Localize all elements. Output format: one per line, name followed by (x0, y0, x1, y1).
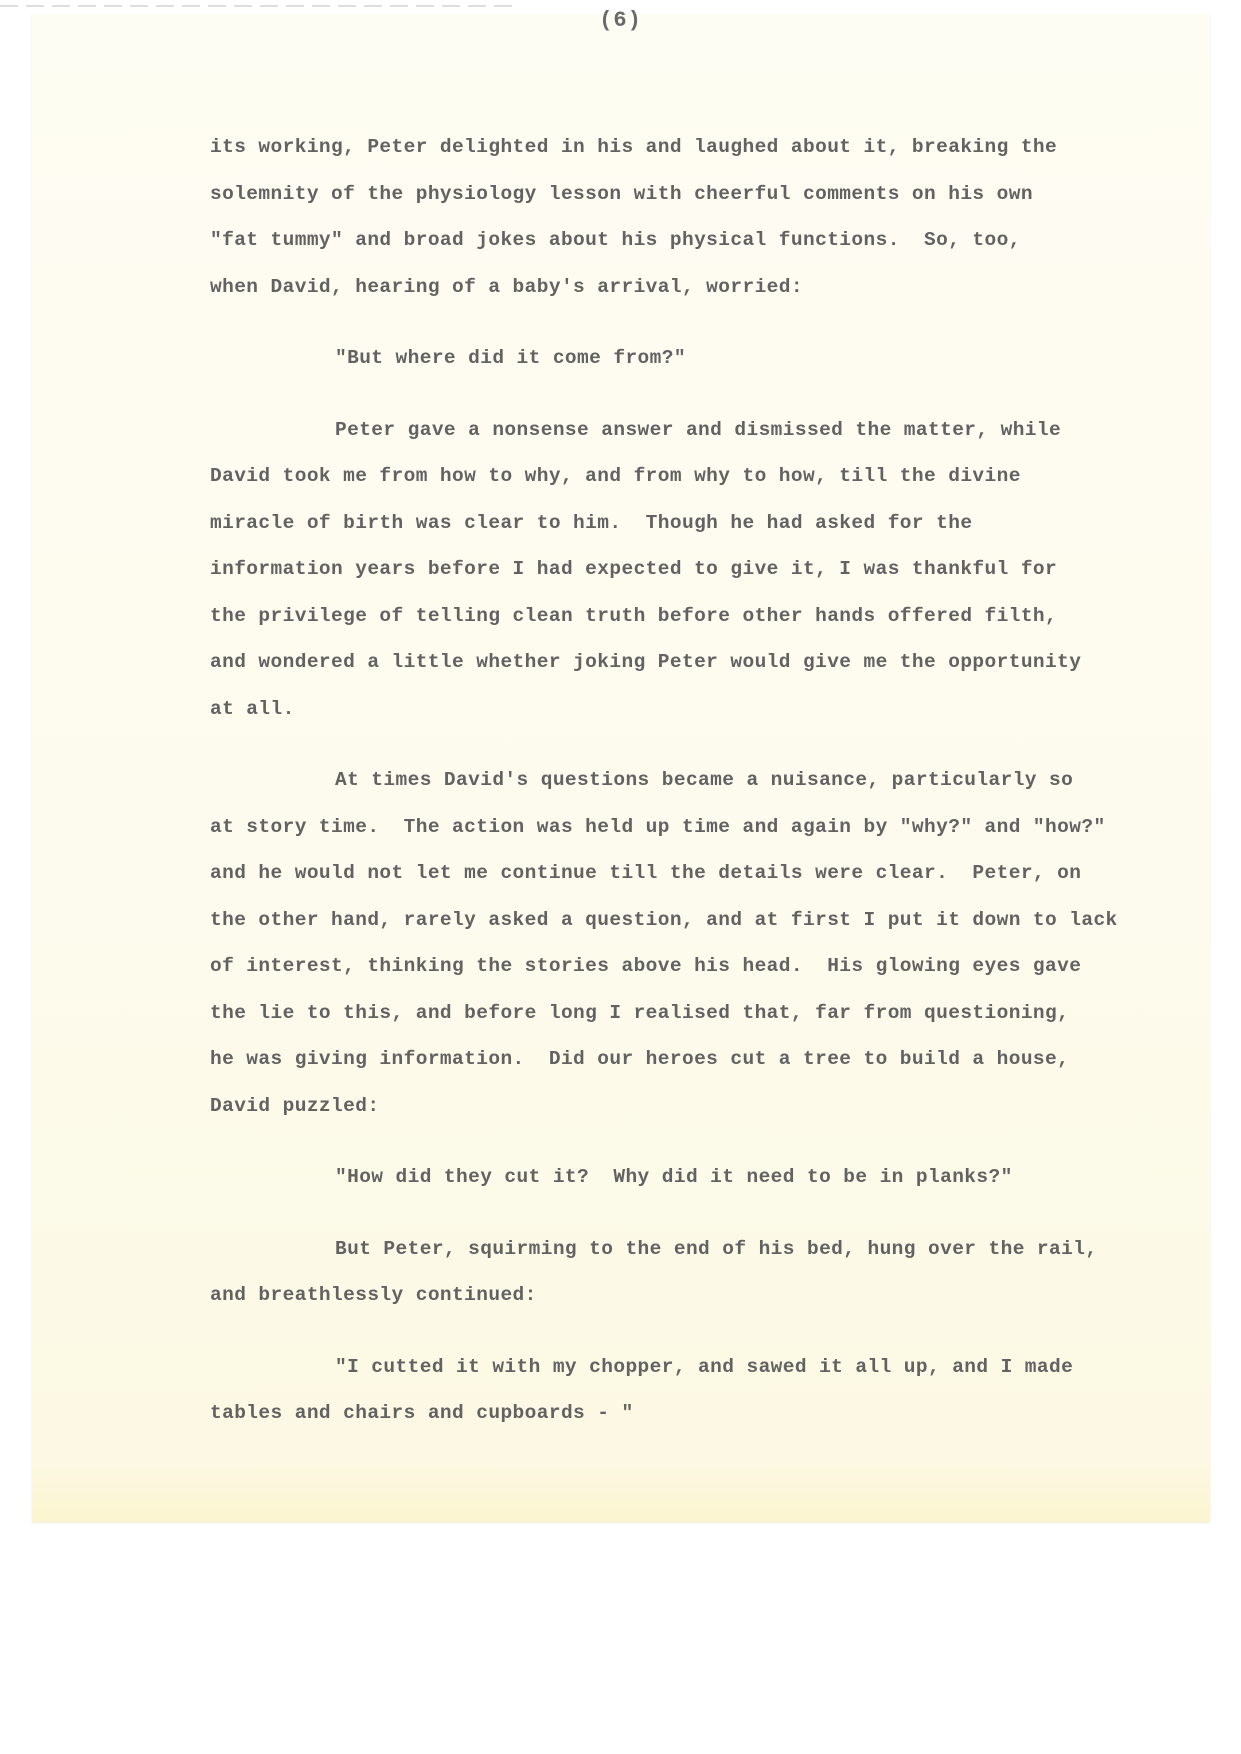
text-line: at story time. The action was held up ti… (210, 804, 1170, 851)
text-line: and he would not let me continue till th… (210, 850, 1170, 897)
paragraph-gap (210, 1319, 1170, 1344)
text-line: the privilege of telling clean truth bef… (210, 593, 1170, 640)
text-line: David puzzled: (210, 1083, 1170, 1130)
paragraph-gap (210, 1201, 1170, 1226)
text-line: But Peter, squirming to the end of his b… (210, 1226, 1170, 1273)
paragraph-gap (210, 732, 1170, 757)
text-line: solemnity of the physiology lesson with … (210, 171, 1170, 218)
text-line: the lie to this, and before long I reali… (210, 990, 1170, 1037)
text-line: information years before I had expected … (210, 546, 1170, 593)
page-number: (6) (0, 8, 1241, 33)
text-line: the other hand, rarely asked a question,… (210, 897, 1170, 944)
text-line: "But where did it come from?" (210, 335, 1170, 382)
text-line: miracle of birth was clear to him. Thoug… (210, 500, 1170, 547)
scan-top-edge (0, 5, 520, 7)
text-line: "I cutted it with my chopper, and sawed … (210, 1344, 1170, 1391)
paragraph-gap (210, 382, 1170, 407)
paragraph-gap (210, 1129, 1170, 1154)
text-line: and wondered a little whether joking Pet… (210, 639, 1170, 686)
text-line: "How did they cut it? Why did it need to… (210, 1154, 1170, 1201)
quotation-1: "But where did it come from?" (210, 335, 1170, 382)
paragraph-4: But Peter, squirming to the end of his b… (210, 1226, 1170, 1319)
text-line: he was giving information. Did our heroe… (210, 1036, 1170, 1083)
text-line: of interest, thinking the stories above … (210, 943, 1170, 990)
page-body: its working, Peter delighted in his and … (210, 124, 1170, 1437)
paragraph-gap (210, 310, 1170, 335)
quotation-3: "I cutted it with my chopper, and sawed … (210, 1344, 1170, 1437)
text-line: and breathlessly continued: (210, 1272, 1170, 1319)
paragraph-3: At times David's questions became a nuis… (210, 757, 1170, 1129)
text-line: David took me from how to why, and from … (210, 453, 1170, 500)
text-line: its working, Peter delighted in his and … (210, 124, 1170, 171)
paragraph-1: its working, Peter delighted in his and … (210, 124, 1170, 310)
text-line: Peter gave a nonsense answer and dismiss… (210, 407, 1170, 454)
text-line: when David, hearing of a baby's arrival,… (210, 264, 1170, 311)
text-line: "fat tummy" and broad jokes about his ph… (210, 217, 1170, 264)
text-line: At times David's questions became a nuis… (210, 757, 1170, 804)
paragraph-2: Peter gave a nonsense answer and dismiss… (210, 407, 1170, 733)
quotation-2: "How did they cut it? Why did it need to… (210, 1154, 1170, 1201)
text-line: at all. (210, 686, 1170, 733)
text-line: tables and chairs and cupboards - " (210, 1390, 1170, 1437)
